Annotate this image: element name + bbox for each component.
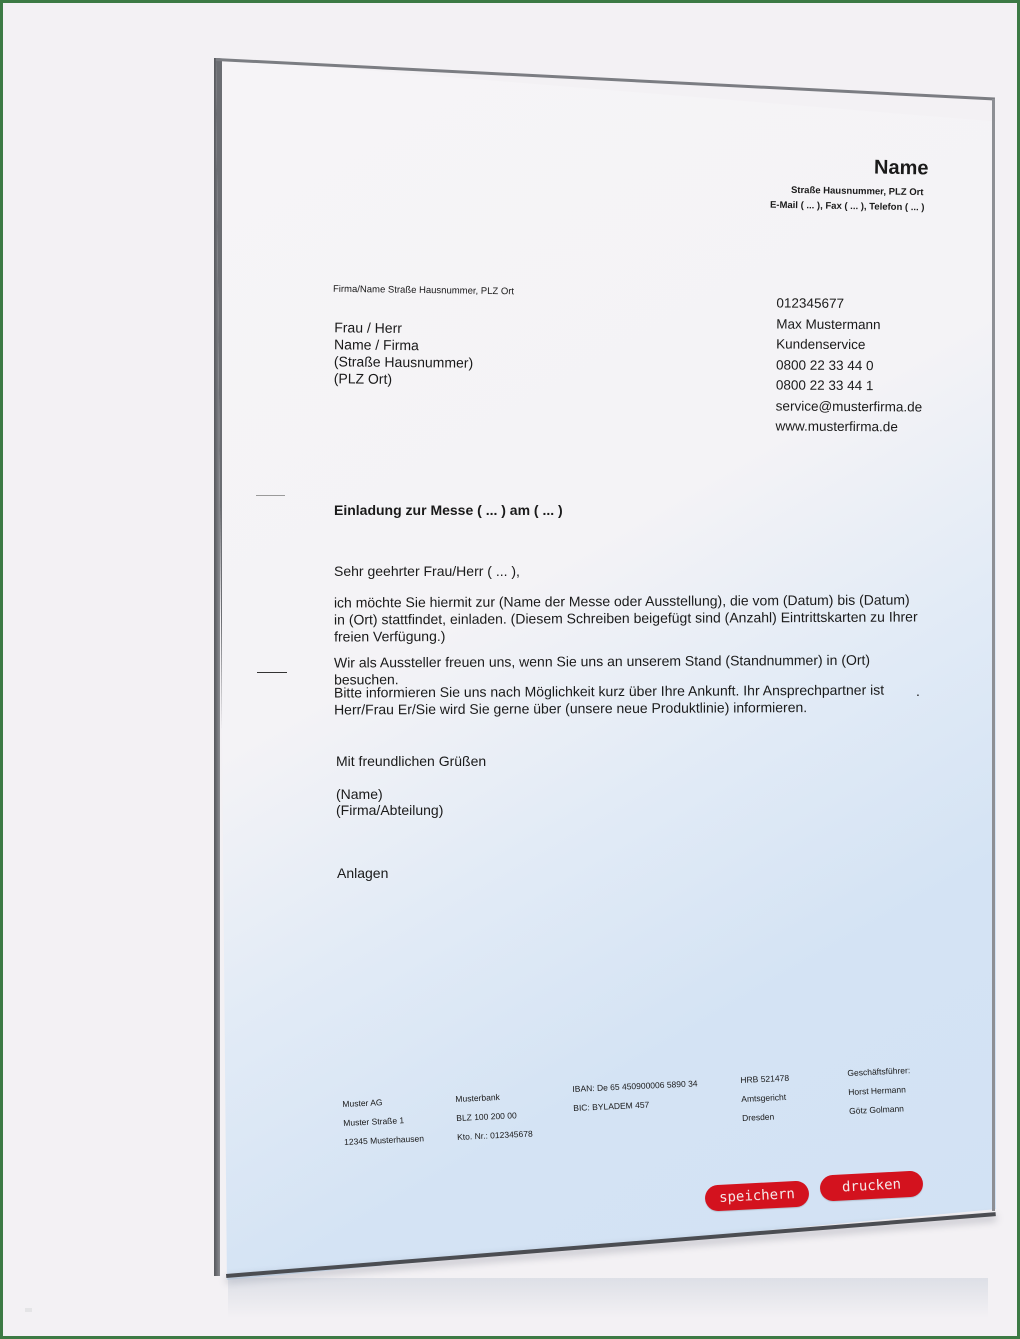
sender-name: Name (874, 157, 929, 181)
signature-block: (Name) (Firma/Abteilung) (336, 786, 443, 818)
sender-address: Straße Hausnummer, PLZ Ort (791, 185, 924, 198)
footer-line: Amtsgericht (741, 1088, 790, 1109)
save-button[interactable]: speichern (704, 1180, 809, 1211)
footer-line: 12345 Musterhausen (344, 1129, 425, 1152)
footer-line: Dresden (742, 1107, 791, 1128)
fold-mark (256, 495, 285, 496)
letter-paragraph: ich möchte Sie hiermit zur (Name der Mes… (334, 591, 924, 645)
recipient-line: (PLZ Ort) (334, 370, 473, 388)
contact-line: 0800 22 33 44 1 (776, 375, 923, 397)
footer-line: Kto. Nr.: 012345678 (457, 1125, 533, 1147)
contact-line: www.musterfirma.de (776, 416, 923, 438)
footer-company: Muster AG Muster Straße 1 12345 Musterha… (342, 1091, 424, 1152)
contact-line: 0800 22 33 44 0 (776, 355, 923, 377)
footer-line: Götz Golmann (849, 1099, 913, 1121)
print-button[interactable]: drucken (819, 1170, 923, 1201)
footer-management: Geschäftsführer: Horst Hermann Götz Golm… (847, 1061, 912, 1121)
corner-mark (25, 1308, 32, 1312)
recipient-line: Name / Firma (334, 336, 473, 354)
attachments-label: Anlagen (337, 865, 388, 881)
signature-line: (Name) (336, 786, 443, 802)
contact-line: service@musterfirma.de (776, 396, 923, 418)
footer-iban: IBAN: De 65 450900006 5890 34 BIC: BYLAD… (572, 1074, 699, 1118)
recipient-line: (Straße Hausnummer) (334, 353, 473, 371)
letter-paragraph: Bitte informieren Sie uns nach Möglichke… (334, 681, 924, 718)
contact-block: 012345677 Max Mustermann Kundenservice 0… (776, 293, 923, 438)
contact-line: 012345677 (776, 293, 923, 315)
letter-salutation: Sehr geehrter Frau/Herr ( ... ), (334, 563, 520, 579)
footer-register: HRB 521478 Amtsgericht Dresden (740, 1069, 791, 1128)
footer-line: HRB 521478 (740, 1069, 789, 1090)
page-reflection (228, 1278, 988, 1318)
recipient-line: Frau / Herr (334, 319, 473, 337)
contact-line: Kundenservice (776, 334, 923, 356)
signature-line: (Firma/Abteilung) (336, 802, 443, 818)
recipient-block: Frau / Herr Name / Firma (Straße Hausnum… (334, 319, 474, 388)
punch-mark (257, 672, 287, 673)
footer-bank: Musterbank BLZ 100 200 00 Kto. Nr.: 0123… (455, 1087, 533, 1147)
letter-subject: Einladung zur Messe ( ... ) am ( ... ) (334, 502, 563, 518)
letter-closing: Mit freundlichen Grüßen (336, 753, 486, 769)
contact-line: Max Mustermann (776, 314, 923, 336)
stray-punctuation: . (916, 683, 920, 699)
page-edge (992, 99, 995, 1211)
